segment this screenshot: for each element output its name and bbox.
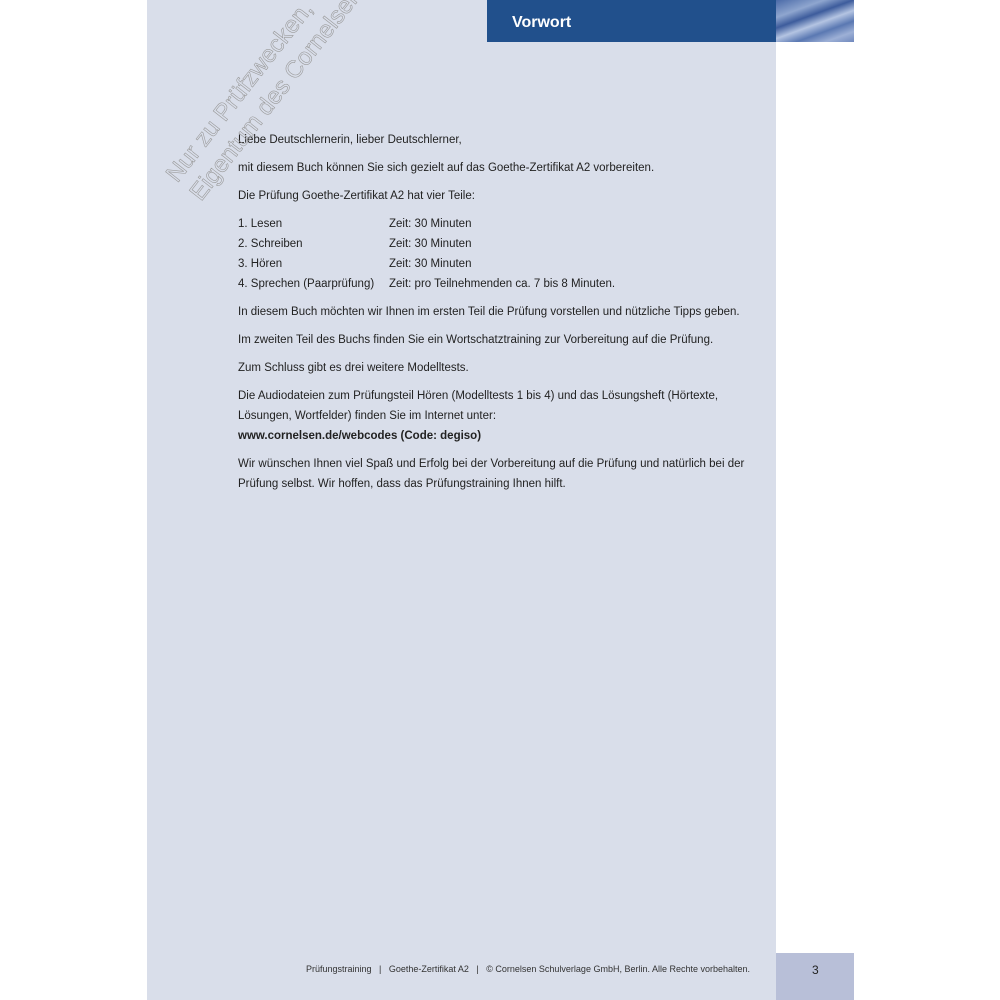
part-time: Zeit: 30 Minuten bbox=[389, 234, 471, 254]
header-decoration bbox=[776, 0, 854, 42]
exam-parts-list: 1. Lesen Zeit: 30 Minuten 2. Schreiben Z… bbox=[238, 214, 758, 294]
part-time: Zeit: pro Teilnehmenden ca. 7 bis 8 Minu… bbox=[389, 274, 615, 294]
intro-paragraph: mit diesem Buch können Sie sich gezielt … bbox=[238, 158, 758, 178]
part-time: Zeit: 30 Minuten bbox=[389, 254, 471, 274]
part-time: Zeit: 30 Minuten bbox=[389, 214, 471, 234]
webcode-link[interactable]: www.cornelsen.de/webcodes (Code: degiso) bbox=[238, 426, 758, 446]
audio-paragraph: Die Audiodateien zum Prüfungsteil Hören … bbox=[238, 386, 758, 426]
part-name: 2. Schreiben bbox=[238, 234, 389, 254]
closing-paragraph: Wir wünschen Ihnen viel Spaß und Erfolg … bbox=[238, 454, 758, 494]
list-item: 4. Sprechen (Paarprüfung) Zeit: pro Teil… bbox=[238, 274, 758, 294]
part-name: 4. Sprechen (Paarprüfung) bbox=[238, 274, 389, 294]
paragraph: Zum Schluss gibt es drei weitere Modellt… bbox=[238, 358, 758, 378]
list-item: 3. Hören Zeit: 30 Minuten bbox=[238, 254, 758, 274]
page-title: Vorwort bbox=[512, 14, 571, 32]
greeting: Liebe Deutschlernerin, lieber Deutschler… bbox=[238, 130, 758, 150]
part-name: 3. Hören bbox=[238, 254, 389, 274]
part-name: 1. Lesen bbox=[238, 214, 389, 234]
list-item: 1. Lesen Zeit: 30 Minuten bbox=[238, 214, 758, 234]
preface-content: Liebe Deutschlernerin, lieber Deutschler… bbox=[238, 130, 758, 502]
list-item: 2. Schreiben Zeit: 30 Minuten bbox=[238, 234, 758, 254]
footer-text: Prüfungstraining | Goethe-Zertifikat A2 … bbox=[306, 964, 750, 974]
parts-intro: Die Prüfung Goethe-Zertifikat A2 hat vie… bbox=[238, 186, 758, 206]
page-number: 3 bbox=[812, 963, 819, 977]
paragraph: Im zweiten Teil des Buchs finden Sie ein… bbox=[238, 330, 758, 350]
paragraph: In diesem Buch möchten wir Ihnen im erst… bbox=[238, 302, 758, 322]
